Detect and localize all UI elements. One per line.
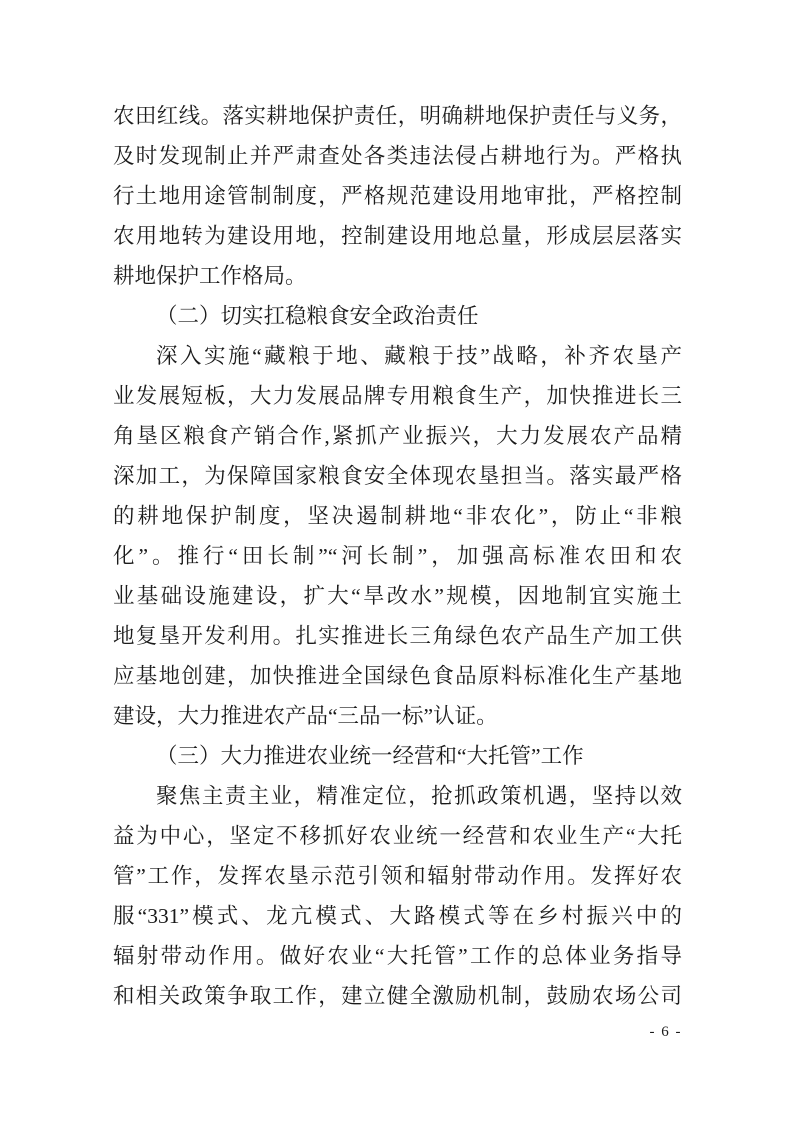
text-line: 耕地保护工作格局。 [113,256,682,296]
text-line: 深入实施“藏粮于地、藏粮于技”战略，补齐农垦产 [113,336,682,376]
text-line: 业发展短板，大力发展品牌专用粮食生产，加快推进长三 [113,376,682,416]
document-page: 农田红线。落实耕地保护责任，明确耕地保护责任与义务， 及时发现制止并严肃查处各类… [0,0,794,1123]
section-heading: （三）大力推进农业统一经营和“大托管”工作 [113,736,682,776]
text-line: 应基地创建，加快推进全国绿色食品原料标准化生产基地 [113,656,682,696]
text-line: 建设，大力推进农产品“三品一标”认证。 [113,696,682,736]
section-heading: （二）切实扛稳粮食安全政治责任 [113,296,682,336]
text-line: 的耕地保护制度，坚决遏制耕地“非农化”，防止“非粮 [113,496,682,536]
text-line: 角垦区粮食产销合作,紧抓产业振兴，大力发展农产品精 [113,416,682,456]
text-line: 地复垦开发利用。扎实推进长三角绿色农产品生产加工供 [113,616,682,656]
text-line: 服“331”模式、龙亢模式、大路模式等在乡村振兴中的 [113,896,682,936]
text-line: 农用地转为建设用地，控制建设用地总量，形成层层落实 [113,216,682,256]
text-line: 行土地用途管制制度，严格规范建设用地审批，严格控制 [113,176,682,216]
text-line: 化”。推行“田长制”“河长制”，加强高标准农田和农 [113,536,682,576]
text-line: 和相关政策争取工作，建立健全激励机制，鼓励农场公司 [113,976,682,1016]
text-line: 管”工作，发挥农垦示范引领和辐射带动作用。发挥好农 [113,856,682,896]
text-line: 深加工，为保障国家粮食安全体现农垦担当。落实最严格 [113,456,682,496]
text-line: 业基础设施建设，扩大“旱改水”规模，因地制宜实施土 [113,576,682,616]
text-line: 益为中心，坚定不移抓好农业统一经营和农业生产“大托 [113,816,682,856]
text-line: 及时发现制止并严肃查处各类违法侵占耕地行为。严格执 [113,136,682,176]
page-number: - 6 - [650,1024,683,1040]
text-line: 农田红线。落实耕地保护责任，明确耕地保护责任与义务， [113,96,682,136]
text-line: 辐射带动作用。做好农业“大托管”工作的总体业务指导 [113,936,682,976]
page-footer: - 6 - [113,1023,682,1041]
text-line: 聚焦主责主业，精准定位，抢抓政策机遇，坚持以效 [113,776,682,816]
document-body: 农田红线。落实耕地保护责任，明确耕地保护责任与义务， 及时发现制止并严肃查处各类… [113,96,682,1016]
